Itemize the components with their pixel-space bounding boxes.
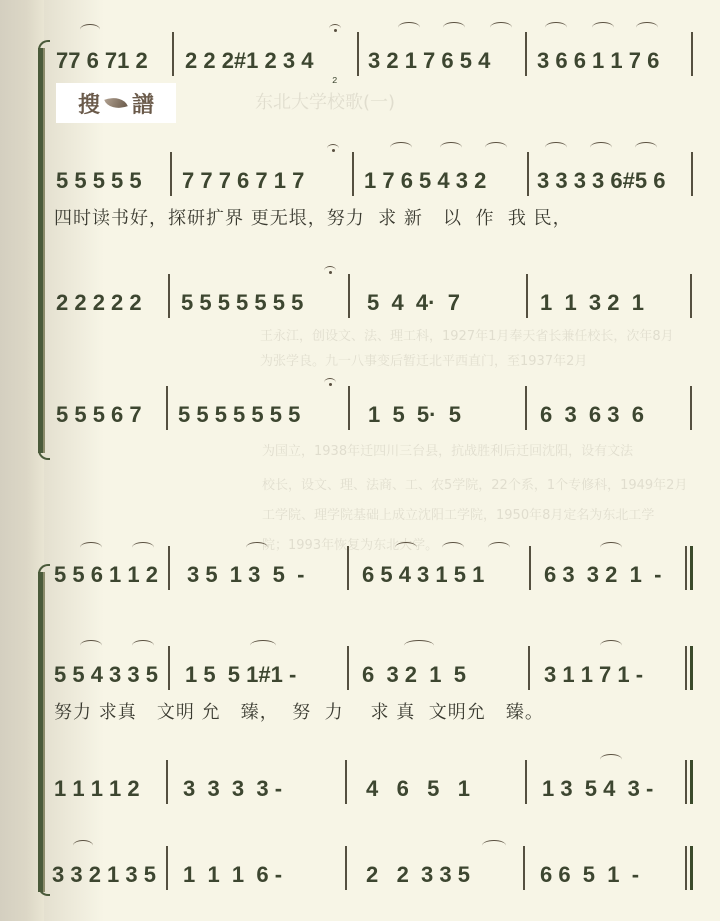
measure: 6 6 5 1 - [540, 862, 639, 888]
barline [168, 274, 170, 318]
barline [525, 760, 527, 804]
measure: 1 1 1 1 2 [54, 776, 140, 802]
slur [592, 22, 614, 33]
slur [635, 142, 657, 153]
slur [590, 142, 612, 153]
measure: 6 3 2 1 5 [362, 662, 466, 688]
measure: 5 5 5 5 5 [56, 168, 142, 194]
barline [345, 846, 347, 890]
measure: 5 5 5 6 7 [56, 402, 142, 428]
system-1-soprano-staff: 77 6 71 2 2 2 2#1 2 3 4 3 2 1 7 6 5 4 3 … [0, 38, 720, 78]
slur [73, 840, 93, 851]
system-2-tenor-staff: 1 1 1 1 2 3 3 3 3 - 4 6 5 1 1 3 5 4 3 - [0, 766, 720, 806]
barline [357, 32, 359, 76]
measure: 5 5 5 5 5 5 5 [181, 290, 303, 316]
barline [348, 386, 350, 430]
measure: 3 3 2 1 3 5 [52, 862, 156, 888]
logo-char-right: 譜 [132, 88, 154, 119]
measure: 2 2 2#1 2 3 4 [185, 48, 313, 74]
measure: 4 6 5 1 [366, 776, 470, 802]
slur [440, 142, 462, 153]
measure: 5 5 4 3 3 5 [54, 662, 158, 688]
barline [172, 32, 174, 76]
slur [488, 542, 510, 553]
slur [600, 542, 622, 553]
slur [482, 840, 506, 851]
slur [600, 640, 622, 651]
ghost-line: 为张学良。九一八事变后暂迁北平西直门，至1937年2月 [260, 350, 587, 369]
slur [442, 542, 464, 553]
measure: 3 6 6 1 1 7 6 [537, 48, 659, 74]
final-barline [690, 760, 693, 804]
lyrics-line-1: 四时读书好，探研扩界 更无垠，努力 求 新 以 作 我 民， [54, 204, 572, 230]
measure: 5 5 5 5 5 5 5 [178, 402, 300, 428]
measure: 1 3 5 4 3 - [542, 776, 653, 802]
measure: 5 4 4· 7 [367, 290, 460, 316]
barline [527, 152, 529, 196]
measure: 7 7 7 6 7 1 7 [182, 168, 304, 194]
measure: 77 6 71 2 [56, 48, 148, 74]
barline [168, 646, 170, 690]
slur [490, 22, 512, 33]
final-barline [690, 846, 693, 890]
logo-char-left: 搜 [78, 88, 100, 119]
slur [80, 542, 102, 553]
fermata-icon [326, 144, 342, 158]
slur [246, 542, 268, 553]
slur [395, 542, 417, 553]
slur [132, 640, 154, 651]
measure: 3 2 1 7 6 5 4 [368, 48, 490, 74]
ghost-title: 东北大学校歌(一) [255, 88, 395, 114]
system-1-tenor-staff: 2 2 2 2 2 5 5 5 5 5 5 5 5 4 4· 7 1 1 3 2… [0, 280, 720, 320]
slur [636, 22, 658, 33]
barline [525, 32, 527, 76]
leaf-icon [104, 93, 128, 113]
ghost-line: 为国立，1938年迁四川三台县，抗战胜利后迁回沈阳，设有文法 [262, 440, 633, 459]
slur [390, 142, 412, 153]
barline [348, 274, 350, 318]
measure: 3 3 3 3 6#5 6 [537, 168, 665, 194]
slur [404, 640, 434, 651]
system-2-soprano-staff: 5 5 6 1 1 2 3 5 1 3 5 - 6 5 4 3 1 5 1 6 … [0, 552, 720, 592]
barline [690, 386, 692, 430]
barline [168, 546, 170, 590]
measure: 6 3 6 3 6 [540, 402, 644, 428]
barline [166, 760, 168, 804]
barline [347, 546, 349, 590]
barline [170, 152, 172, 196]
barline [526, 274, 528, 318]
barline [352, 152, 354, 196]
ghost-line: 校长，设文、理、法商、工、农5学院，22个系，1个专修科，1949年2月 [262, 474, 687, 493]
barline [525, 386, 527, 430]
slur [398, 22, 420, 33]
lyrics-line-2: 努力 求真 文明 允 臻， 努 力 求 真 文明允 臻。 [54, 698, 544, 724]
measure: 3 1 1 7 1 - [544, 662, 643, 688]
measure: 3 5 1 3 5 - [187, 562, 304, 588]
final-barline [690, 546, 693, 590]
ghost-line: 工学院、理学院基础上成立沈阳工学院，1950年8月定名为东北工学 [262, 504, 654, 523]
slur [443, 22, 465, 33]
barline [690, 274, 692, 318]
ghost-line: 王永江，创设文、法、理工科，1927年1月奉天省长兼任校长，次年8月 [260, 325, 674, 344]
slur [80, 640, 102, 651]
barline [345, 760, 347, 804]
barline [347, 646, 349, 690]
measure: 6 3 3 2 1 - [544, 562, 661, 588]
slur [600, 754, 622, 765]
watermark-logo: 搜 譜 [56, 83, 176, 123]
slur [485, 142, 507, 153]
barline [528, 646, 530, 690]
measure: 5 5 6 1 1 2 [54, 562, 158, 588]
measure: 1 1 3 2 1 [540, 290, 644, 316]
measure: 2 2 3 3 5 [366, 862, 470, 888]
barline [691, 152, 693, 196]
barline [166, 846, 168, 890]
slur [80, 24, 100, 35]
measure: 1 5 5· 5 [368, 402, 461, 428]
slur [250, 640, 276, 651]
measure: 1 7 6 5 4 3 2 [364, 168, 486, 194]
measure: 3 3 3 3 - [183, 776, 282, 802]
system-2-bass-staff: 3 3 2 1 3 5 1 1 1 6 - 2 2 3 3 5 6 6 5 1 … [0, 852, 720, 892]
footnote-lowdot: 2 [332, 76, 337, 86]
slur [132, 542, 154, 553]
fermata-icon [323, 378, 339, 392]
final-barline [690, 646, 693, 690]
fermata-icon [323, 266, 339, 280]
measure: 6 5 4 3 1 5 1 [362, 562, 484, 588]
slur [545, 22, 567, 33]
system-2-brace [38, 572, 45, 892]
barline [691, 32, 693, 76]
barline [166, 386, 168, 430]
barline [523, 846, 525, 890]
barline [529, 546, 531, 590]
measure: 1 1 1 6 - [183, 862, 282, 888]
system-2-alto-staff: 5 5 4 3 3 5 1 5 5 1#1 - 6 3 2 1 5 3 1 1 … [0, 652, 720, 692]
measure: 1 5 5 1#1 - [185, 662, 296, 688]
system-1-bass-staff: 5 5 5 6 7 5 5 5 5 5 5 5 1 5 5· 5 6 3 6 3… [0, 392, 720, 432]
slur [545, 142, 567, 153]
system-1-alto-staff: 5 5 5 5 5 7 7 7 6 7 1 7 1 7 6 5 4 3 2 3 … [0, 158, 720, 198]
fermata-icon [328, 24, 344, 38]
measure: 2 2 2 2 2 [56, 290, 142, 316]
